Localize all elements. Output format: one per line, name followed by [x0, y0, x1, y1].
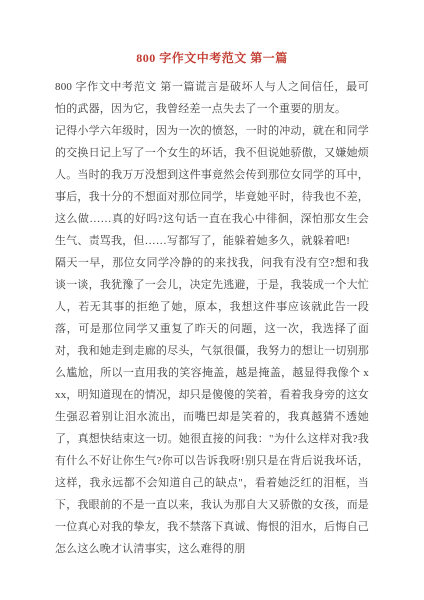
essay-paragraph-1: 800 字作文中考范文 第一篇谎言是破坏人与人之间信任，最可怕的武器，因为它，我… — [55, 76, 369, 120]
essay-paragraph-2: 记得小学六年级时，因为一次的愤怒，一时的冲动，就在和同学的交换日记上写了一个女生… — [55, 120, 369, 252]
essay-body: 800 字作文中考范文 第一篇谎言是破坏人与人之间信任，最可怕的武器，因为它，我… — [55, 76, 369, 560]
essay-title: 800 字作文中考范文 第一篇 — [55, 47, 369, 69]
essay-paragraph-3: 隔天一早，那位女同学冷静的的来找我，问我有没有空?想和我谈一谈，我犹豫了一会儿，… — [55, 252, 369, 560]
document-page: 800 字作文中考范文 第一篇 800 字作文中考范文 第一篇谎言是破坏人与人之… — [0, 0, 424, 600]
